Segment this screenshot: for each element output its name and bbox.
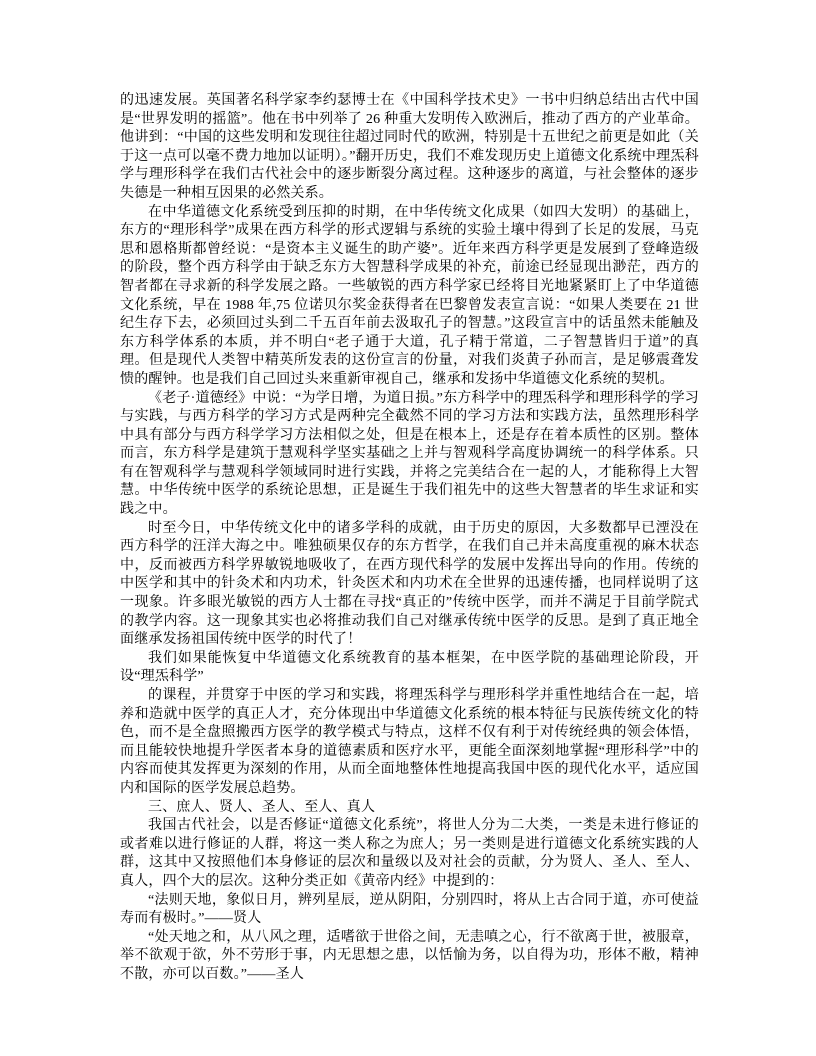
paragraph-continuation: 的迅速发展。英国著名科学家李约瑟博士在《中国科学技术史》一书中归纳总结出古代中国… (120, 92, 699, 204)
quote-paragraph-shengren: “处天地之和，从八风之理，适嗜欲于世俗之间，无恚嗔之心，行不欲离于世，被服章，举… (120, 929, 699, 985)
paragraph: 的课程，并贯穿于中医的学习和实践，将理炁科学与理形科学并重性地结合在一起，培养和… (120, 687, 699, 799)
paragraph: 在中华道德文化系统受到压抑的时期，在中华传统文化成果（如四大发明）的基础上，东方… (120, 204, 699, 390)
paragraph: 《老子·道德经》中说：“为学日增，为道日损。”东方科学中的理炁科学和理形科学的学… (120, 390, 699, 520)
text-body: 的迅速发展。英国著名科学家李约瑟博士在《中国科学技术史》一书中归纳总结出古代中国… (120, 92, 699, 985)
paragraph: 我国古代社会，以是否修证“道德文化系统”，将世人分为二大类，一类是未进行修证的或… (120, 817, 699, 891)
document-page: 的迅速发展。英国著名科学家李约瑟博士在《中国科学技术史》一书中归纳总结出古代中国… (0, 0, 816, 1056)
section-heading: 三、庶人、贤人、圣人、至人、真人 (120, 799, 699, 818)
quote-paragraph-xianren: “法则天地，象似日月，辨列星辰，逆从阴阳，分别四时，将从上古合同于道，亦可使益寿… (120, 892, 699, 929)
paragraph: 时至今日，中华传统文化中的诸多学科的成就，由于历史的原因，大多数都早已湮没在西方… (120, 520, 699, 650)
paragraph: 我们如果能恢复中华道德文化系统教育的基本框架，在中医学院的基础理论阶段，开设“理… (120, 650, 699, 687)
